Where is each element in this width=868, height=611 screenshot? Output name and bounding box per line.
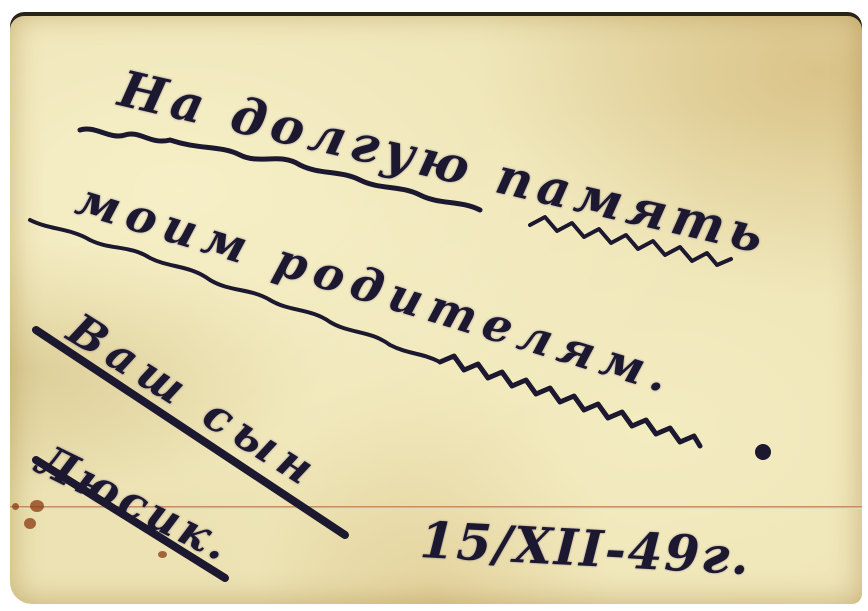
ink-underlines — [0, 0, 868, 611]
zigzag-underline-4 — [440, 356, 700, 446]
straight-underline-5 — [36, 330, 345, 535]
zigzag-underline-2 — [530, 217, 731, 265]
straight-underline-6 — [36, 460, 225, 578]
wavy-underline-3 — [30, 220, 440, 362]
wavy-underline-1 — [80, 129, 480, 210]
ink-dot — [755, 444, 771, 460]
